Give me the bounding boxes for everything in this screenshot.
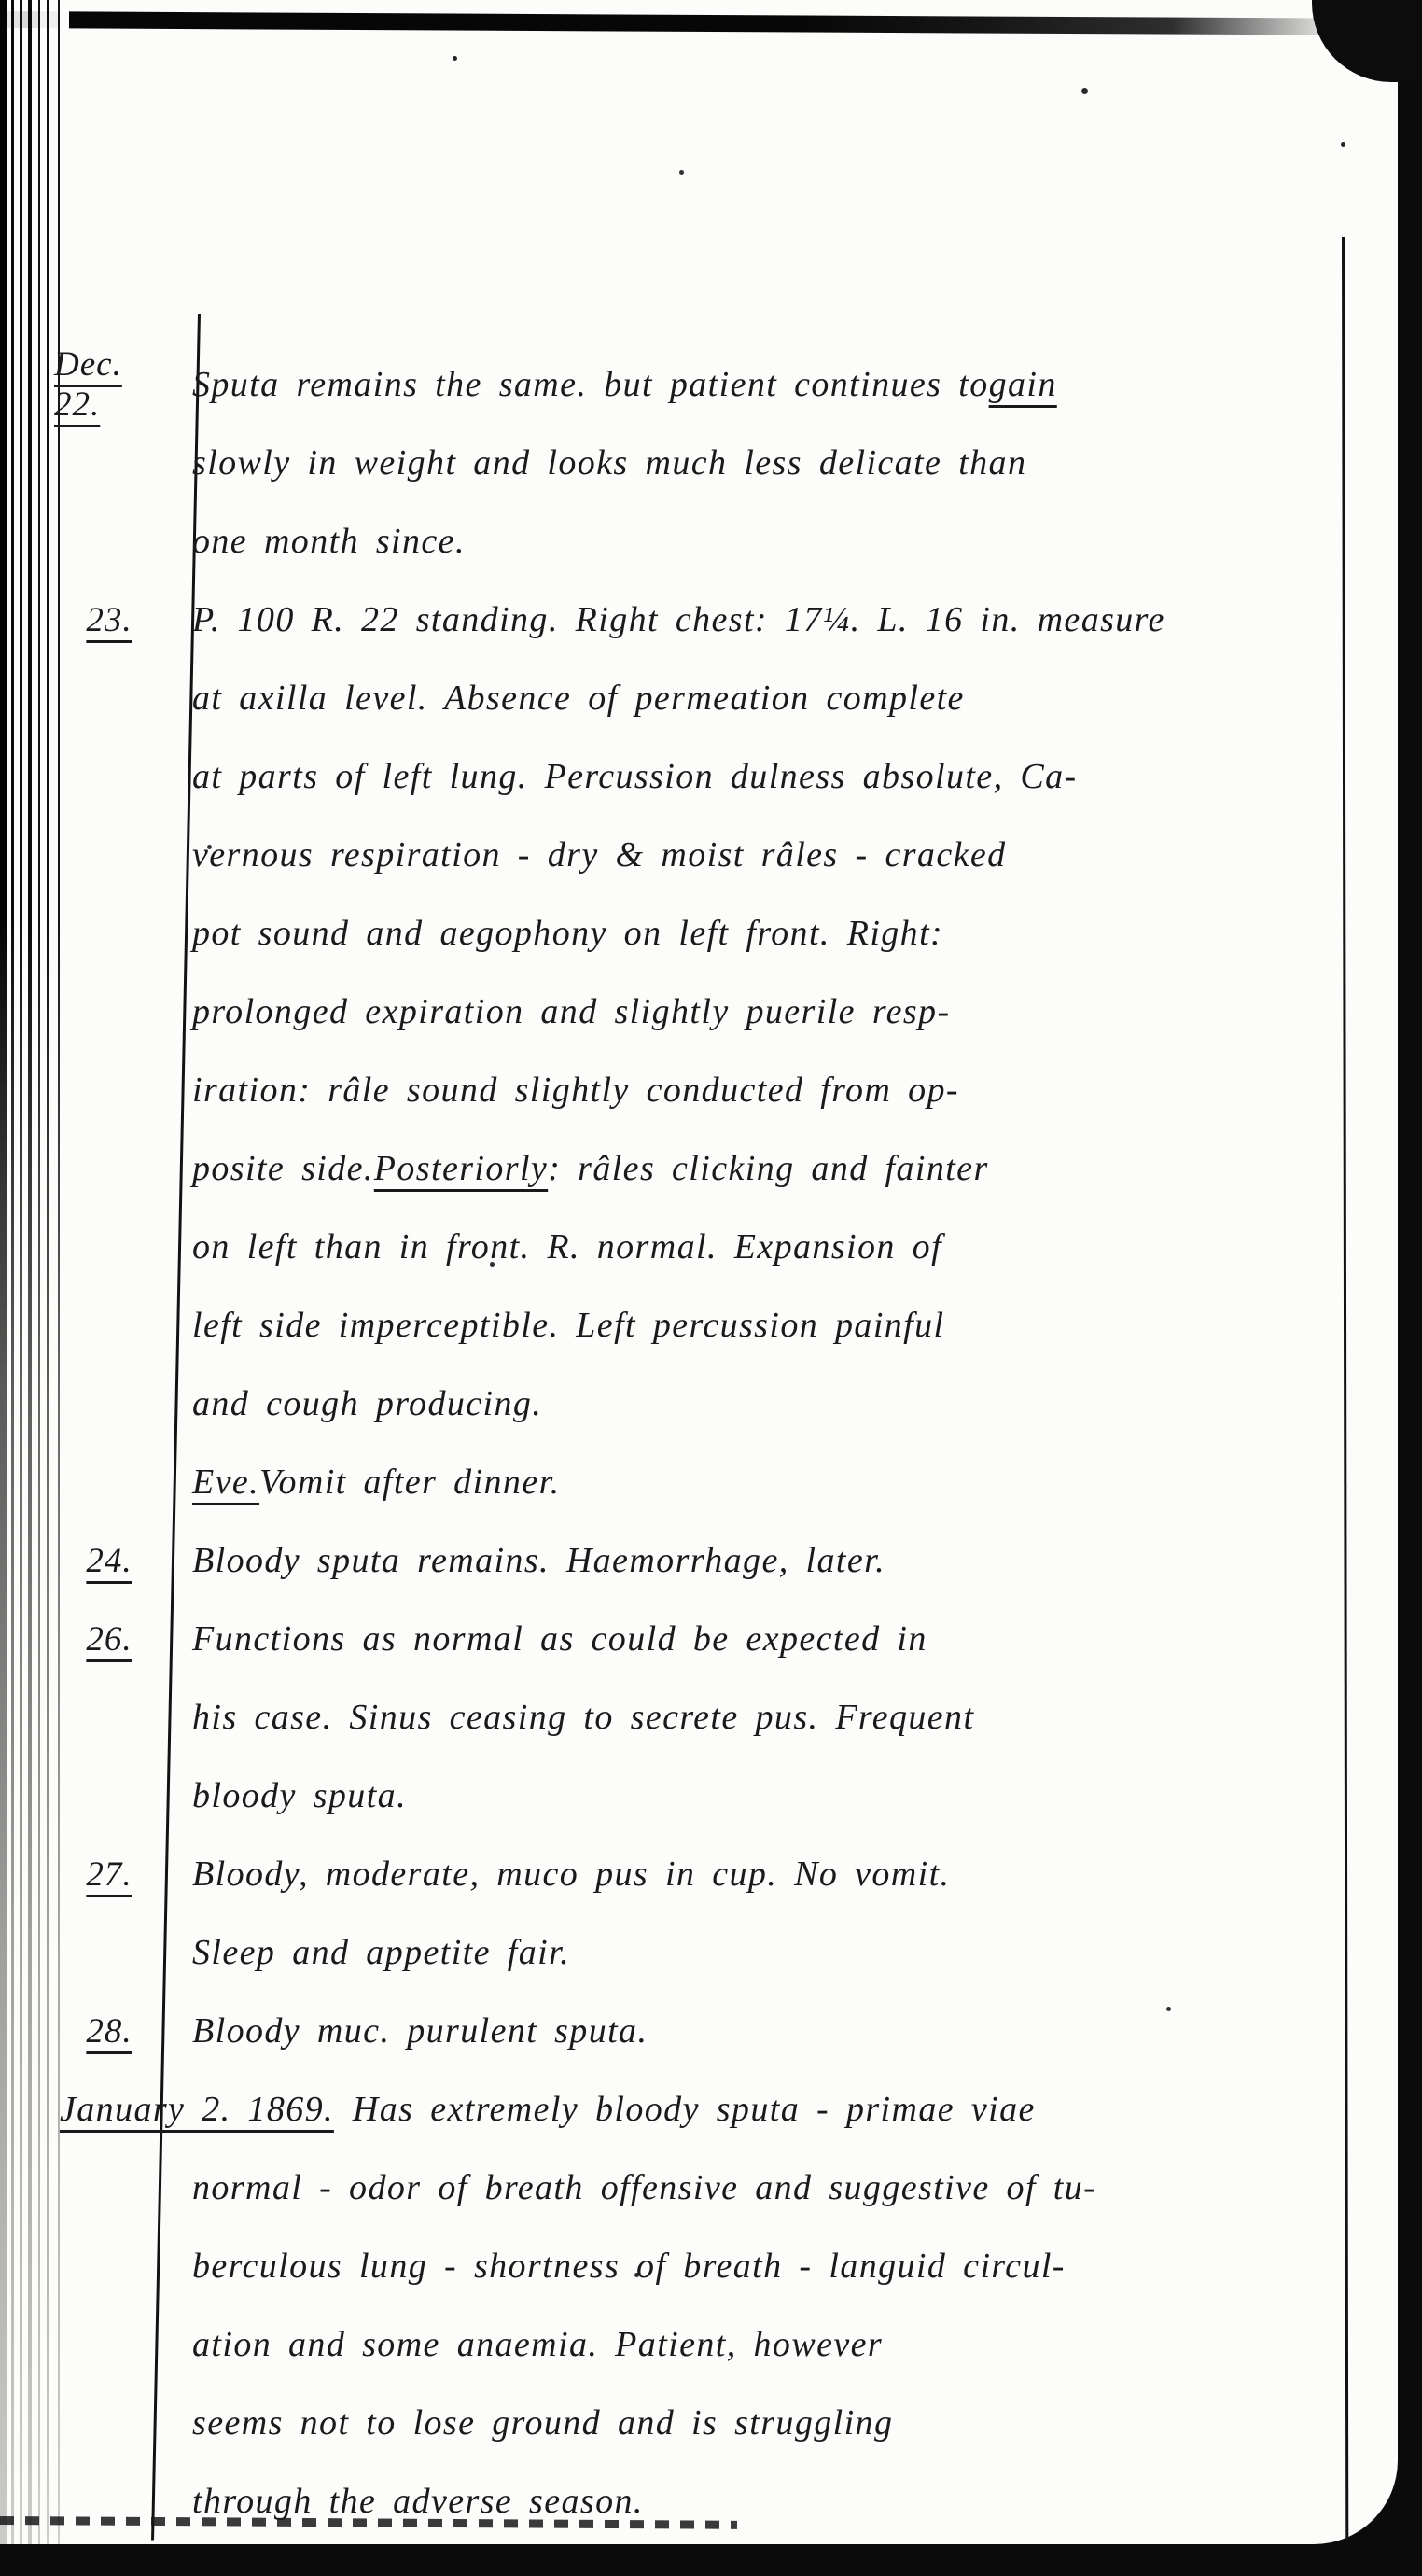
entry-date: 26. — [54, 1600, 164, 1678]
journal-entry: 24.Bloody sputa remains. Haemorrhage, la… — [0, 1521, 1360, 1600]
manuscript-line: Bloody, moderate, muco pus in cup. No vo… — [0, 1835, 1360, 1913]
manuscript-line: at axilla level. Absence of permeation c… — [0, 659, 1360, 737]
manuscript-line: through the adverse season. — [0, 2462, 1360, 2541]
manuscript-line: left side imperceptible. Left percussion… — [0, 1286, 1360, 1365]
manuscript-line: Bloody sputa remains. Haemorrhage, later… — [0, 1521, 1360, 1600]
entry-date: 27. — [54, 1835, 164, 1913]
journal-entry: 27.Bloody, moderate, muco pus in cup. No… — [0, 1835, 1360, 1992]
manuscript-line: and cough producing. — [0, 1365, 1360, 1443]
manuscript-line: slowly in weight and looks much less del… — [0, 424, 1360, 502]
entry-date: January 2. 1869. — [60, 2089, 334, 2130]
journal-entry: 28.Bloody muc. purulent sputa. — [0, 1992, 1360, 2070]
manuscript-line: Bloody muc. purulent sputa. — [0, 1992, 1360, 2070]
manuscript-line: prolonged expiration and slightly pueril… — [0, 973, 1360, 1051]
scan-top-edge — [0, 11, 1362, 35]
entry-date: 28. — [54, 1992, 164, 2070]
journal-entries: Dec. 22.Sputa remains the same. but pati… — [0, 345, 1360, 2541]
scanned-casebook-page: Dec. 22.Sputa remains the same. but pati… — [0, 0, 1422, 2576]
entry-date: Dec. 22. — [54, 345, 164, 424]
manuscript-line: posite side. Posteriorly: râles clicking… — [0, 1129, 1360, 1208]
entry-date: 24. — [54, 1521, 164, 1600]
manuscript-line: Eve. Vomit after dinner. — [0, 1443, 1360, 1521]
manuscript-line: P. 100 R. 22 standing. Right chest: 17¼.… — [0, 581, 1360, 659]
manuscript-line: ation and some anaemia. Patient, however — [0, 2305, 1360, 2384]
entry-date: 23. — [54, 581, 164, 659]
manuscript-line: vernous respiration - dry & moist râles … — [0, 816, 1360, 894]
manuscript-line: on left than in front. R. normal. Expans… — [0, 1208, 1360, 1286]
manuscript-line: pot sound and aegophony on left front. R… — [0, 894, 1360, 973]
manuscript-line: iration: râle sound slightly conducted f… — [0, 1051, 1360, 1129]
manuscript-line: berculous lung - shortness of breath - l… — [0, 2227, 1360, 2305]
journal-entry: 23.P. 100 R. 22 standing. Right chest: 1… — [0, 581, 1360, 1521]
scan-specks — [453, 56, 457, 61]
manuscript-line: Sputa remains the same. but patient cont… — [0, 345, 1360, 424]
manuscript-line: at parts of left lung. Percussion dulnes… — [0, 737, 1360, 816]
manuscript-line: January 2. 1869.Has extremely bloody spu… — [0, 2070, 1360, 2149]
journal-entry: January 2. 1869.Has extremely bloody spu… — [0, 2070, 1360, 2541]
manuscript-line: seems not to lose ground and is struggli… — [0, 2384, 1360, 2462]
journal-entry: 26.Functions as normal as could be expec… — [0, 1600, 1360, 1835]
paper: Dec. 22.Sputa remains the same. but pati… — [0, 0, 1398, 2544]
manuscript-line: normal - odor of breath offensive and su… — [0, 2149, 1360, 2227]
journal-entry: Dec. 22.Sputa remains the same. but pati… — [0, 345, 1360, 581]
manuscript-line: bloody sputa. — [0, 1757, 1360, 1835]
manuscript-line: one month since. — [0, 502, 1360, 581]
manuscript-line: his case. Sinus ceasing to secrete pus. … — [0, 1678, 1360, 1757]
manuscript-line: Sleep and appetite fair. — [0, 1913, 1360, 1992]
manuscript-line: Functions as normal as could be expected… — [0, 1600, 1360, 1678]
